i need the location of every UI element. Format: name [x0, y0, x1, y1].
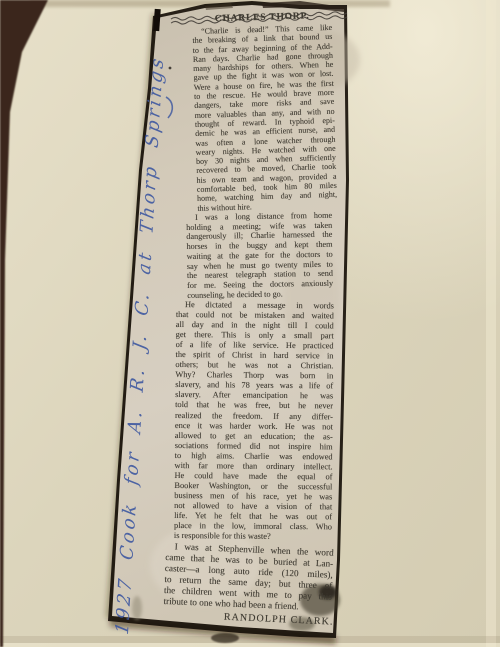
- article-paragraph: He dictated a message in wordsthat could…: [174, 300, 334, 542]
- article-line: counseling, he decided to go.: [187, 288, 333, 300]
- article-paragraph: “Charlie is dead!” This came likethe bre…: [192, 23, 337, 213]
- newspaper-clipping: CHARLES THORP. “Charlie is dead!” This c…: [166, 14, 342, 621]
- article-paragraph: I was at Stephenville when the wordcame …: [163, 541, 334, 614]
- article-paragraph: I was a long distance from homeholding a…: [186, 211, 333, 301]
- photo-of-album-page: CHARLES THORP. “Charlie is dead!” This c…: [0, 0, 500, 647]
- article-line: is responsible for this waste?: [174, 531, 332, 542]
- article-body: “Charlie is dead!” This came likethe bre…: [166, 27, 342, 608]
